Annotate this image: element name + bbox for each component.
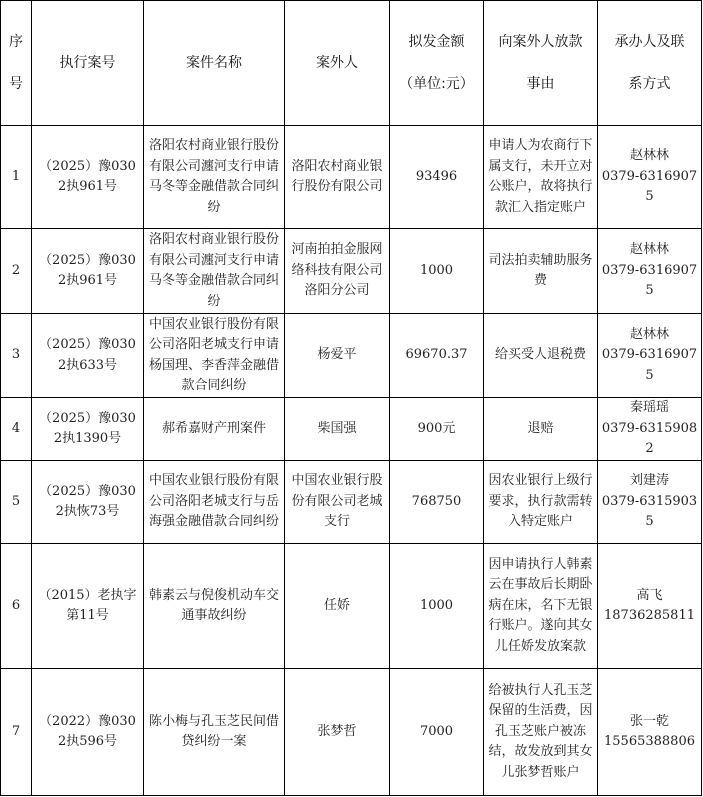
payout-table: 序号 执行案号 案件名称 案外人 拟发金额（单位:元） 向案外人放款事由 承办人… [0, 0, 702, 796]
header-reason: 向案外人放款事由 [484, 1, 598, 126]
cell-handler: 秦瑶瑶0379-63159082 [598, 398, 702, 461]
handler-phone: 18736285811 [601, 606, 698, 627]
cell-serial: 3 [1, 314, 32, 398]
cell-reason: 给买受人退税费 [484, 314, 598, 398]
table-row: 7 （2022）豫0302执596号 陈小梅与孔玉芝民间借贷纠纷一案 张梦哲 7… [1, 669, 702, 796]
table-row: 5 （2025）豫0302执恢73号 中国农业银行股份有限公司洛阳老城支行与岳海… [1, 461, 702, 544]
header-third-party: 案外人 [285, 1, 390, 126]
cell-case-name: 郝希嘉财产刑案件 [144, 398, 285, 461]
cell-reason: 因申请执行人韩素云在事故后长期卧病在床，名下无银行账户。遂向其女儿任娇发放案款 [484, 544, 598, 669]
cell-amount: 7000 [390, 669, 484, 796]
cell-case-number: （2025）豫0302执恢73号 [32, 461, 144, 544]
cell-third-party: 杨爱平 [285, 314, 390, 398]
cell-serial: 6 [1, 544, 32, 669]
cell-case-number: （2025）豫0302执961号 [32, 126, 144, 229]
cell-amount: 768750 [390, 461, 484, 544]
handler-name: 张一乾 [601, 712, 698, 733]
cell-handler: 高飞18736285811 [598, 544, 702, 669]
header-serial: 序号 [1, 1, 32, 126]
cell-serial: 7 [1, 669, 32, 796]
cell-amount: 1000 [390, 229, 484, 314]
handler-name: 赵林林 [601, 240, 698, 261]
handler-name: 刘建涛 [601, 471, 698, 492]
handler-name: 高飞 [601, 586, 698, 607]
cell-serial: 4 [1, 398, 32, 461]
header-case-name: 案件名称 [144, 1, 285, 126]
cell-serial: 1 [1, 126, 32, 229]
table-row: 2 （2025）豫0302执961号 洛阳农村商业银行股份有限公司瀍河支行申请马… [1, 229, 702, 314]
cell-case-number: （2025）豫0302执1390号 [32, 398, 144, 461]
handler-name: 赵林林 [601, 325, 698, 346]
cell-case-number: （2022）豫0302执596号 [32, 669, 144, 796]
table-row: 3 （2025）豫0302执633号 中国农业银行股份有限公司洛阳老城支行申请杨… [1, 314, 702, 398]
handler-name: 赵林林 [601, 146, 698, 167]
header-row: 序号 执行案号 案件名称 案外人 拟发金额（单位:元） 向案外人放款事由 承办人… [1, 1, 702, 126]
handler-phone: 15565388806 [601, 732, 698, 753]
cell-serial: 2 [1, 229, 32, 314]
table-row: 4 （2025）豫0302执1390号 郝希嘉财产刑案件 柴国强 900元 退赔… [1, 398, 702, 461]
cell-reason: 司法拍卖辅助服务费 [484, 229, 598, 314]
handler-phone: 0379-63159082 [601, 419, 698, 460]
cell-amount: 93496 [390, 126, 484, 229]
cell-handler: 张一乾15565388806 [598, 669, 702, 796]
cell-serial: 5 [1, 461, 32, 544]
handler-phone: 0379-63169075 [601, 261, 698, 302]
cell-reason: 因农业银行上级行要求，执行款需转入特定账户 [484, 461, 598, 544]
header-amount: 拟发金额（单位:元） [390, 1, 484, 126]
cell-handler: 刘建涛0379-63159035 [598, 461, 702, 544]
header-handler-contact: 承办人及联系方式 [598, 1, 702, 126]
cell-reason: 给被执行人孔玉芝保留的生活费，因孔玉芝账户被冻结，故发放到其女儿张梦哲账户 [484, 669, 598, 796]
header-case-number: 执行案号 [32, 1, 144, 126]
cell-amount: 1000 [390, 544, 484, 669]
cell-third-party: 柴国强 [285, 398, 390, 461]
handler-phone: 0379-63169075 [601, 167, 698, 208]
table-row: 1 （2025）豫0302执961号 洛阳农村商业银行股份有限公司瀍河支行申请马… [1, 126, 702, 229]
handler-phone: 0379-63159035 [601, 492, 698, 533]
cell-case-name: 韩素云与倪俊机动车交通事故纠纷 [144, 544, 285, 669]
cell-case-number: （2025）豫0302执633号 [32, 314, 144, 398]
cell-third-party: 张梦哲 [285, 669, 390, 796]
cell-third-party: 中国农业银行股份有限公司老城支行 [285, 461, 390, 544]
cell-case-name: 中国农业银行股份有限公司洛阳老城支行申请杨国理、李香萍金融借款合同纠纷 [144, 314, 285, 398]
cell-handler: 赵林林0379-63169075 [598, 126, 702, 229]
handler-name: 秦瑶瑶 [601, 398, 698, 419]
cell-case-name: 洛阳农村商业银行股份有限公司瀍河支行申请马冬等金融借款合同纠纷 [144, 126, 285, 229]
cell-reason: 申请人为农商行下属支行，未开立对公账户，故将执行款汇入指定账户 [484, 126, 598, 229]
cell-amount: 900元 [390, 398, 484, 461]
cell-third-party: 河南拍拍金服网络科技有限公司洛阳分公司 [285, 229, 390, 314]
cell-third-party: 洛阳农村商业银行股份有限公司 [285, 126, 390, 229]
cell-case-number: （2015）老执字第11号 [32, 544, 144, 669]
cell-reason: 退赔 [484, 398, 598, 461]
cell-case-number: （2025）豫0302执961号 [32, 229, 144, 314]
cell-third-party: 任娇 [285, 544, 390, 669]
handler-phone: 0379-63169075 [601, 345, 698, 386]
table-row: 6 （2015）老执字第11号 韩素云与倪俊机动车交通事故纠纷 任娇 1000 … [1, 544, 702, 669]
cell-amount: 69670.37 [390, 314, 484, 398]
cell-case-name: 洛阳农村商业银行股份有限公司瀍河支行申请马冬等金融借款合同纠纷 [144, 229, 285, 314]
cell-handler: 赵林林0379-63169075 [598, 229, 702, 314]
cell-case-name: 中国农业银行股份有限公司洛阳老城支行与岳海强金融借款合同纠纷 [144, 461, 285, 544]
cell-handler: 赵林林0379-63169075 [598, 314, 702, 398]
cell-case-name: 陈小梅与孔玉芝民间借贷纠纷一案 [144, 669, 285, 796]
